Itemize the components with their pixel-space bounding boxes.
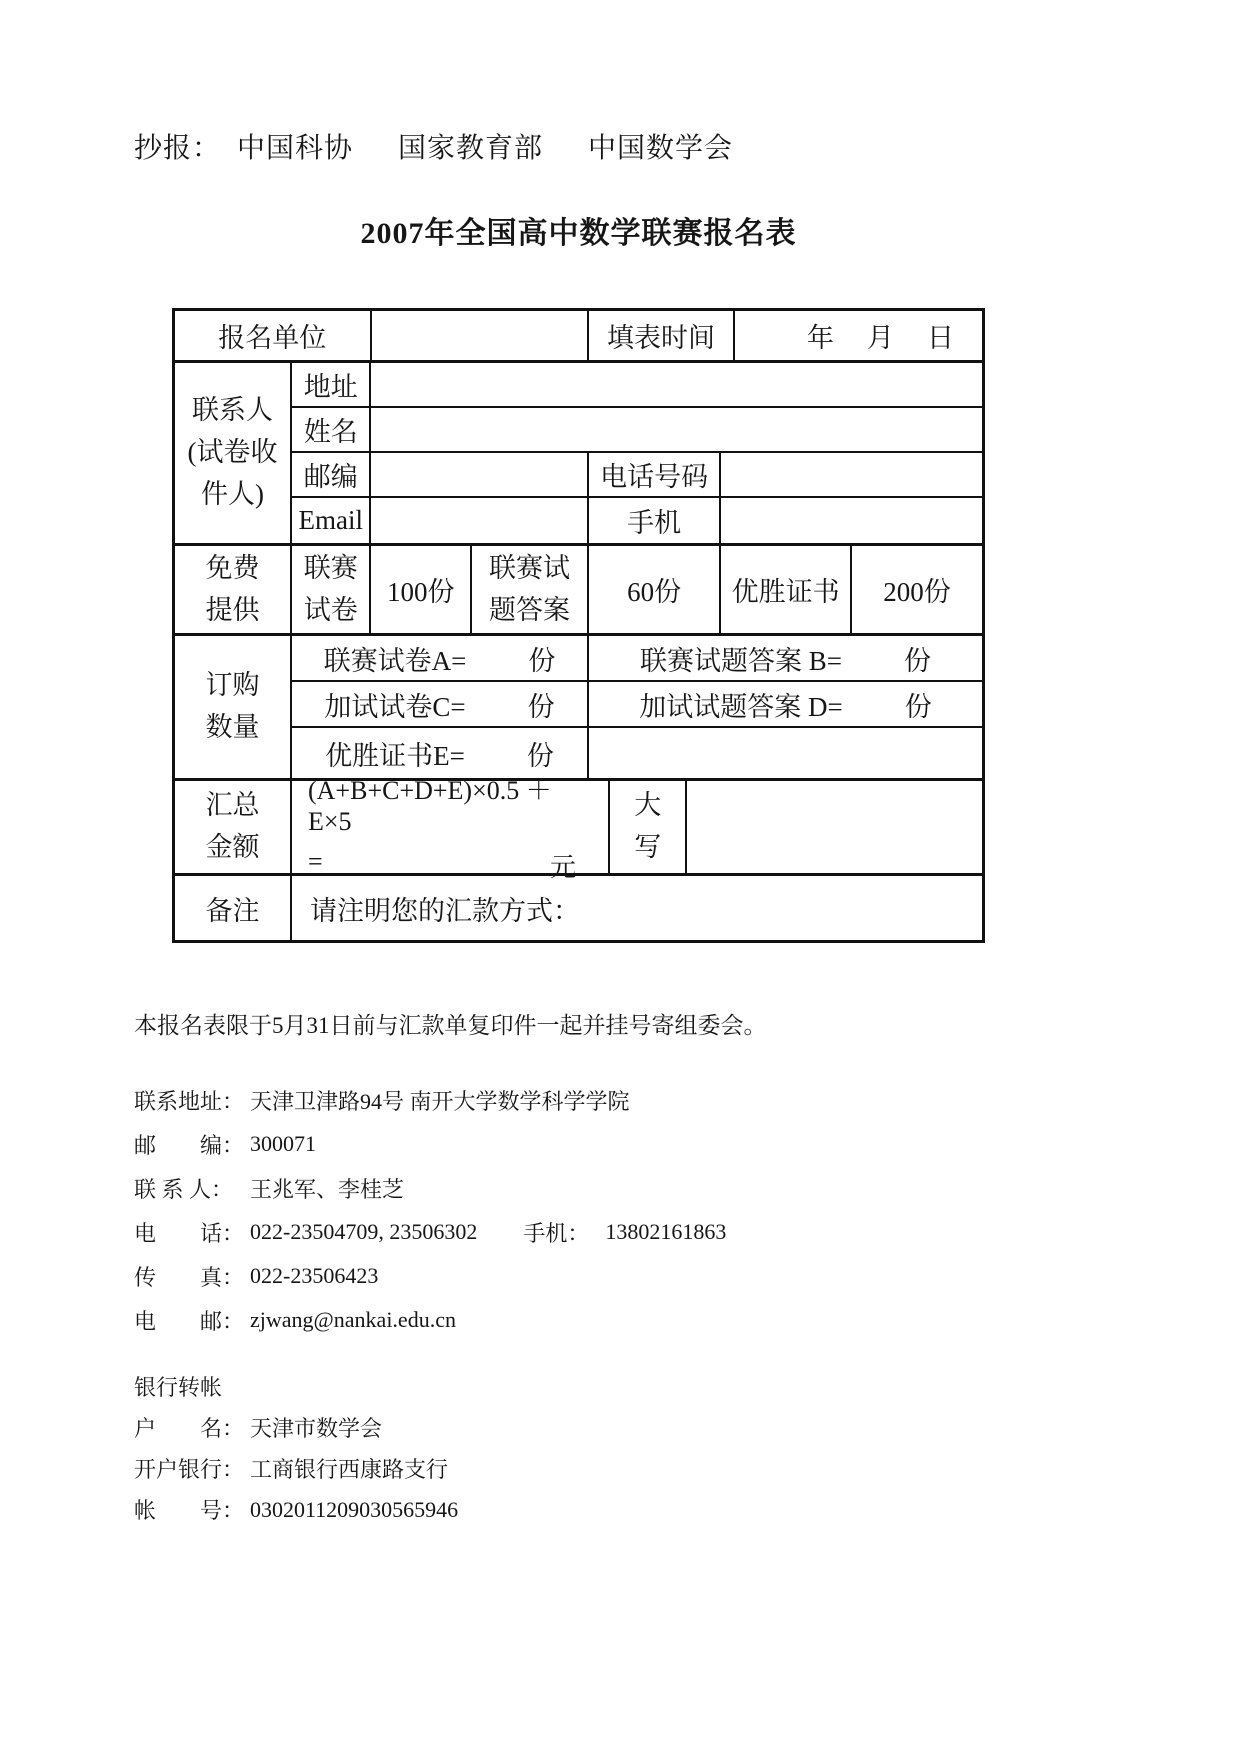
postcode-input-cell[interactable] — [371, 453, 588, 496]
order-rows: 联赛试卷A= 份 联赛试题答案 B= 份 加试试卷C= 份 — [292, 636, 982, 778]
email-row: Email 手机 — [292, 498, 982, 543]
order-c-unit: 份 — [528, 685, 555, 724]
info-label: 联 系 人： — [134, 1173, 250, 1204]
cc-recipients-line: 抄报： 中国科协 国家教育部 中国数学会 — [134, 126, 1121, 166]
contact-person-label-cell: 联系人 (试卷收 件人) — [175, 363, 292, 543]
order-a-unit: 份 — [528, 639, 555, 678]
unit-label-cell: 报名单位 — [175, 311, 372, 360]
date-cell[interactable]: 年 月 日 — [735, 311, 982, 360]
info-label: 电 邮： — [134, 1305, 250, 1336]
order-d-label: 加试试题答案 D= — [639, 685, 842, 724]
phone-label-cell: 电话号码 — [589, 453, 721, 496]
bank-value: 天津市数学会 — [250, 1412, 382, 1443]
free-label-line2: 提供 — [206, 590, 260, 632]
postcode-label-cell: 邮编 — [292, 453, 371, 496]
info-line-contact-person: 联 系 人： 王兆军、李桂芝 — [134, 1166, 1121, 1210]
contact-info-block: 联系地址： 天津卫津路94号 南开大学数学科学学院 邮 编： 300071 联 … — [134, 1078, 1121, 1342]
day-label: 日 — [927, 316, 954, 355]
formula-cell[interactable]: (A+B+C+D+E)×0.5 ＋ E×5 = 元 — [292, 781, 610, 873]
order-a-cell[interactable]: 联赛试卷A= 份 — [292, 636, 589, 680]
order-e-unit: 份 — [527, 734, 554, 773]
total-amount-row: 汇总 金额 (A+B+C+D+E)×0.5 ＋ E×5 = 元 大 写 — [175, 781, 982, 876]
order-row-cd: 加试试卷C= 份 加试试题答案 D= 份 — [292, 682, 982, 728]
order-c-label: 加试试卷C= — [324, 685, 465, 724]
address-label-cell: 地址 — [292, 363, 371, 406]
order-label-line2: 数量 — [206, 707, 260, 749]
name-row: 姓名 — [292, 408, 982, 453]
email-input-cell[interactable] — [371, 498, 588, 543]
info-line-phone: 电 话： 022-23504709, 23506302 手机： 13802161… — [134, 1210, 1121, 1254]
remark-label-cell: 备注 — [175, 876, 292, 940]
info-value: 022-23504709, 23506302 — [250, 1219, 477, 1245]
bank-label: 帐 号： — [134, 1494, 250, 1525]
contest-paper-qty-cell: 100份 — [371, 546, 471, 633]
daxie-label-cell: 大 写 — [610, 781, 687, 873]
info-label: 传 真： — [134, 1261, 250, 1292]
contact-rows: 地址 姓名 邮编 电话号码 Email — [292, 363, 982, 543]
info-value: 王兆军、李桂芝 — [250, 1173, 404, 1204]
contact-section: 联系人 (试卷收 件人) 地址 姓名 邮编 — [175, 363, 982, 546]
free-supply-row: 免费 提供 联赛 试卷 100份 联赛试 题答案 60份 优胜证书 200份 — [175, 546, 982, 636]
info-label: 电 话： — [134, 1217, 250, 1248]
daxie-line1: 大 — [634, 785, 661, 827]
order-d-cell[interactable]: 加试试题答案 D= 份 — [589, 682, 982, 726]
bank-line-bank-name: 开户银行： 工商银行西康路支行 — [134, 1448, 1121, 1489]
remark-content-cell[interactable]: 请注明您的汇款方式： — [292, 876, 982, 940]
name-input-cell[interactable] — [371, 408, 982, 451]
month-label: 月 — [867, 316, 894, 355]
answer-label-line2: 题答案 — [489, 590, 570, 632]
answer-label-line1: 联赛试 — [489, 548, 570, 590]
document-page: 抄报： 中国科协 国家教育部 中国数学会 2007年全国高中数学联赛报名表 报名… — [0, 0, 1241, 1754]
total-label-cell: 汇总 金额 — [175, 781, 292, 873]
info-label: 联系地址： — [134, 1085, 250, 1116]
fill-time-label-cell: 填表时间 — [589, 311, 735, 360]
info-value: zjwang@nankai.edu.cn — [250, 1307, 456, 1333]
order-a-label: 联赛试卷A= — [324, 639, 467, 678]
year-label: 年 — [807, 316, 834, 355]
bank-value: 工商银行西康路支行 — [250, 1453, 448, 1484]
order-c-cell[interactable]: 加试试卷C= 份 — [292, 682, 589, 726]
info-line-postcode: 邮 编： 300071 — [134, 1122, 1121, 1166]
certificate-qty-cell: 200份 — [852, 546, 982, 633]
order-qty-label-cell: 订购 数量 — [175, 636, 292, 778]
bank-label: 户 名： — [134, 1412, 250, 1443]
address-row: 地址 — [292, 363, 982, 408]
free-supply-label-cell: 免费 提供 — [175, 546, 292, 633]
daxie-line2: 写 — [634, 827, 661, 869]
certificate-label-cell: 优胜证书 — [721, 546, 852, 633]
unit-input-cell[interactable] — [372, 311, 589, 360]
page-content: 抄报： 中国科协 国家教育部 中国数学会 2007年全国高中数学联赛报名表 报名… — [0, 0, 1241, 1530]
bank-label: 开户银行： — [134, 1453, 250, 1484]
postcode-row: 邮编 电话号码 — [292, 453, 982, 498]
page-title: 2007年全国高中数学联赛报名表 — [172, 208, 985, 252]
row-unit-and-date: 报名单位 填表时间 年 月 日 — [175, 311, 982, 363]
deadline-note: 本报名表限于5月31日前与汇款单复印件一起并挂号寄组委会。 — [134, 1007, 1121, 1040]
formula-line1: (A+B+C+D+E)×0.5 ＋ E×5 — [308, 770, 592, 837]
registration-form-table: 报名单位 填表时间 年 月 日 联系人 (试卷收 件人) 地址 — [172, 308, 985, 943]
answer-qty-cell: 60份 — [589, 546, 721, 633]
answer-label-cell: 联赛试 题答案 — [472, 546, 589, 633]
contest-paper-label-cell: 联赛 试卷 — [292, 546, 371, 633]
info-value: 022-23506423 — [250, 1263, 378, 1289]
email-label-cell: Email — [292, 498, 371, 543]
order-e-label: 优胜证书E= — [325, 734, 465, 773]
address-input-cell[interactable] — [371, 363, 982, 406]
total-label-line1: 汇总 — [206, 785, 260, 827]
mobile-inline-value: 13802161863 — [605, 1219, 726, 1245]
remark-row: 备注 请注明您的汇款方式： — [175, 876, 982, 940]
contact-label-line1: 联系人 — [192, 390, 273, 432]
mobile-inline-label: 手机： — [523, 1217, 589, 1248]
mobile-label-cell: 手机 — [589, 498, 721, 543]
bank-value: 0302011209030565946 — [250, 1497, 458, 1523]
info-label: 邮 编： — [134, 1129, 250, 1160]
info-value: 300071 — [250, 1131, 316, 1157]
order-e-blank-cell[interactable] — [589, 728, 982, 778]
order-section: 订购 数量 联赛试卷A= 份 联赛试题答案 B= 份 — [175, 636, 982, 781]
bank-transfer-block: 银行转帐 户 名： 天津市数学会 开户银行： 工商银行西康路支行 帐 号： 03… — [134, 1366, 1121, 1530]
contact-label-line3: 件人) — [201, 474, 264, 516]
order-row-ab: 联赛试卷A= 份 联赛试题答案 B= 份 — [292, 636, 982, 682]
info-line-email: 电 邮： zjwang@nankai.edu.cn — [134, 1298, 1121, 1342]
bank-line-account-number: 帐 号： 0302011209030565946 — [134, 1489, 1121, 1530]
name-label-cell: 姓名 — [292, 408, 371, 451]
info-value: 天津卫津路94号 南开大学数学科学学院 — [250, 1085, 630, 1116]
info-line-address: 联系地址： 天津卫津路94号 南开大学数学科学学院 — [134, 1078, 1121, 1122]
mobile-input-cell[interactable] — [721, 498, 982, 543]
phone-input-cell[interactable] — [721, 453, 982, 496]
free-label-line1: 免费 — [206, 548, 260, 590]
order-d-unit: 份 — [905, 685, 932, 724]
order-b-label: 联赛试题答案 B= — [640, 639, 842, 678]
title-wrap: 2007年全国高中数学联赛报名表 — [172, 208, 985, 252]
total-label-line2: 金额 — [206, 827, 260, 869]
daxie-input-cell[interactable] — [687, 781, 982, 873]
paper-label-line2: 试卷 — [304, 590, 358, 632]
info-line-fax: 传 真： 022-23506423 — [134, 1254, 1121, 1298]
order-b-cell[interactable]: 联赛试题答案 B= 份 — [589, 636, 982, 680]
paper-label-line1: 联赛 — [304, 548, 358, 590]
bank-heading: 银行转帐 — [134, 1366, 1121, 1407]
order-b-unit: 份 — [904, 639, 931, 678]
contact-label-line2: (试卷收 — [188, 432, 278, 474]
bank-line-account-name: 户 名： 天津市数学会 — [134, 1407, 1121, 1448]
order-label-line1: 订购 — [206, 665, 260, 707]
